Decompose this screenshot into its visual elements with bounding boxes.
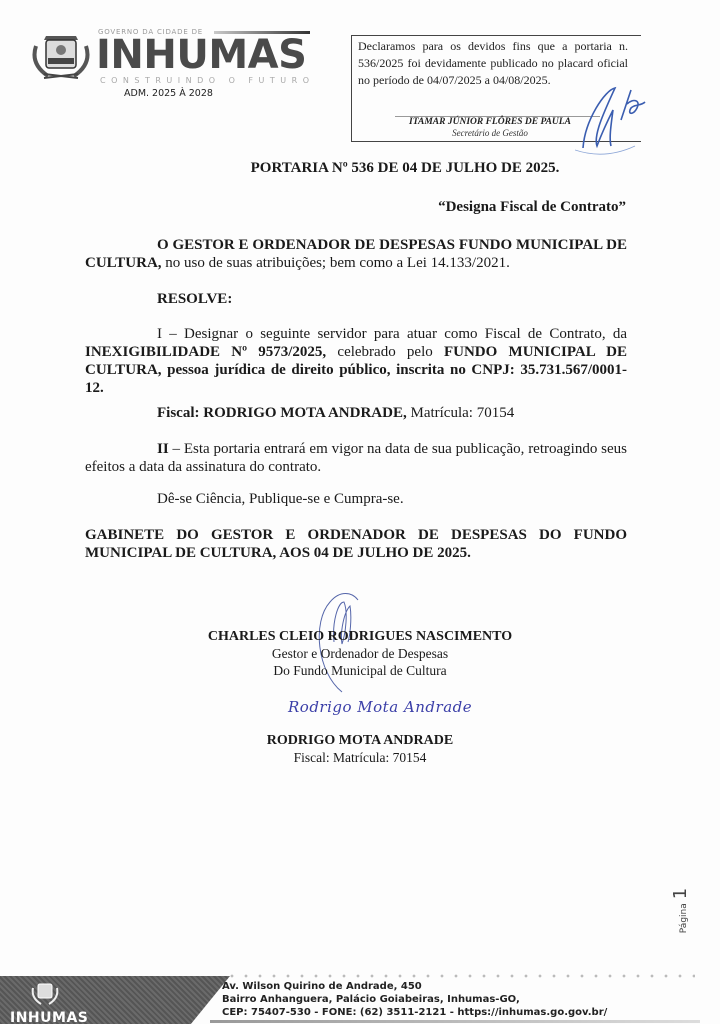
administration-period: ADM. 2025 À 2028 (124, 88, 213, 99)
footer-coat-of-arms-icon (30, 980, 60, 1008)
document-subtitle: “Designa Fiscal de Contrato” (438, 199, 626, 216)
document-title: PORTARIA Nº 536 DE 04 DE JULHO DE 2025. (0, 160, 720, 177)
handwritten-signature-icon (575, 80, 655, 160)
preamble-text: no uso de suas atribuições; bem como a L… (162, 255, 510, 271)
coat-of-arms-icon (30, 32, 92, 84)
footer-address: Av. Wilson Quirino de Andrade, 450 Bairr… (222, 980, 607, 1019)
rodrigo-handwritten-signature: Rodrigo Mota Andrade (288, 698, 472, 716)
address-line-2: Bairro Anhanguera, Palácio Goiabeiras, I… (222, 993, 607, 1006)
charles-role-line2: Do Fundo Municipal de Cultura (0, 663, 720, 679)
gabinete-statement: GABINETE DO GESTOR E ORDENADOR DE DESPES… (85, 526, 627, 562)
address-line-1: Av. Wilson Quirino de Andrade, 450 (222, 980, 607, 993)
inexigibilidade-number: INEXIGIBILIDADE Nº 9573/2025, (85, 344, 326, 360)
page-label: Página (679, 903, 689, 933)
page-number: Página1 (668, 880, 720, 940)
city-logo-text: INHUMAS (96, 33, 306, 77)
rodrigo-name: RODRIGO MOTA ANDRADE (0, 733, 720, 749)
charles-name: CHARLES CLEIO RODRIGUES NASCIMENTO (0, 629, 720, 645)
item-I-text: I – Designar o seguinte servidor para at… (157, 326, 627, 342)
charles-role-line1: Gestor e Ordenador de Despesas (0, 646, 720, 662)
item-II-numeral: II (157, 441, 169, 457)
footer-dotted-rule (225, 974, 695, 978)
item-I-paragraph: I – Designar o seguinte servidor para at… (85, 325, 627, 397)
closing-formula: Dê-se Ciência, Publique-se e Cumpra-se. (157, 490, 699, 508)
rodrigo-role: Fiscal: Matrícula: 70154 (0, 750, 720, 766)
footer-rule (210, 1020, 700, 1023)
preamble-paragraph: O GESTOR E ORDENADOR DE DESPESAS FUNDO M… (85, 236, 627, 272)
fiscal-name: Fiscal: RODRIGO MOTA ANDRADE, (157, 405, 407, 421)
fiscal-matricula: Matrícula: 70154 (407, 405, 514, 421)
item-II-paragraph: II – Esta portaria entrará em vigor na d… (85, 440, 627, 476)
resolve-heading: RESOLVE: (157, 290, 699, 308)
item-I-connector: celebrado pelo (326, 344, 444, 360)
footer-city-logo: INHUMAS (10, 1010, 88, 1024)
city-motto: CONSTRUINDO O FUTURO (100, 76, 314, 85)
address-line-3: CEP: 75407-530 - FONE: (62) 3511-2121 - … (222, 1006, 607, 1019)
page-value: 1 (670, 888, 691, 899)
fiscal-line: Fiscal: RODRIGO MOTA ANDRADE, Matrícula:… (157, 404, 699, 422)
